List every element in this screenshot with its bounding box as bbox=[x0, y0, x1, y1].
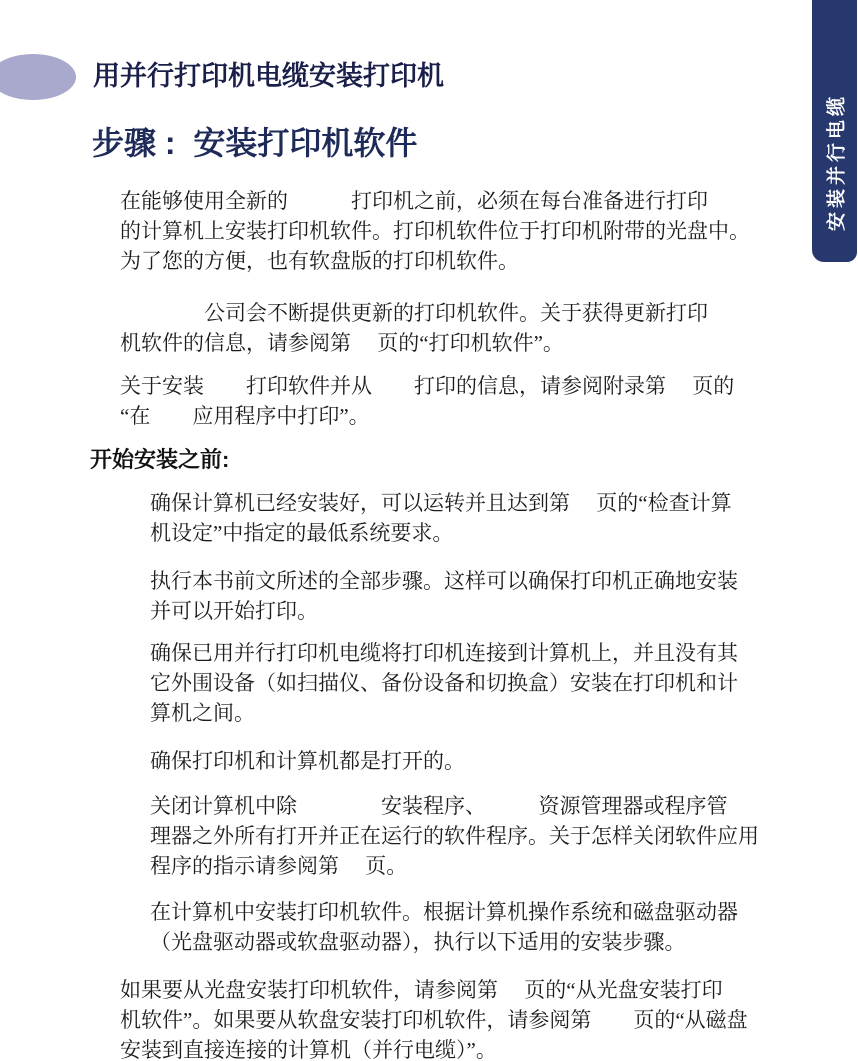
checklist-item: 确保打印机和计算机都是打开的。 bbox=[150, 746, 818, 776]
checklist-item: 在计算机中安装打印机软件。根据计算机操作系统和磁盘驱动器 （光盘驱动器或软盘驱动… bbox=[150, 897, 818, 957]
chapter-thumb-tab-label: 安装并行电缆 bbox=[821, 93, 848, 231]
chapter-thumb-tab: 安装并行电缆 bbox=[812, 0, 857, 262]
checklist-item: 确保已用并行打印机电缆将打印机连接到计算机上，并且没有其 它外围设备（如扫描仪、… bbox=[150, 638, 818, 728]
manual-page: 安装并行电缆 用并行打印机电缆安装打印机 步骤 : 安装打印机软件 在能够使用全… bbox=[0, 0, 858, 1061]
checklist-item: 确保计算机已经安装好，可以运转并且达到第 页的“检查计算 机设定”中指定的最低系… bbox=[150, 488, 818, 548]
before-install-checklist: 确保计算机已经安装好，可以运转并且达到第 页的“检查计算 机设定”中指定的最低系… bbox=[0, 488, 858, 957]
closing-paragraph: 如果要从光盘安装打印机软件，请参阅第 页的“从光盘安装打印 机软件”。如果要从软… bbox=[120, 975, 818, 1061]
step-title: 步骤 : 安装打印机软件 bbox=[92, 122, 858, 164]
intro-paragraph: 在能够使用全新的 打印机之前，必须在每台准备进行打印 的计算机上安装打印机软件。… bbox=[120, 186, 818, 276]
section-title: 用并行打印机电缆安装打印机 bbox=[0, 0, 858, 94]
checklist-item: 关闭计算机中除 安装程序、 资源管理器或程序管 理器之外所有打开并正在运行的软件… bbox=[150, 791, 818, 881]
before-install-heading: 开始安装之前: bbox=[90, 445, 858, 475]
dos-printing-paragraph: 关于安装 打印软件并从 打印的信息，请参阅附录第 页的 “在 应用程序中打印”。 bbox=[120, 371, 818, 431]
software-updates-paragraph: 公司会不断提供更新的打印机软件。关于获得更新打印 机软件的信息，请参阅第 页的“… bbox=[120, 298, 818, 358]
checklist-item: 执行本书前文所述的全部步骤。这样可以确保打印机正确地安装 并可以开始打印。 bbox=[150, 566, 818, 626]
